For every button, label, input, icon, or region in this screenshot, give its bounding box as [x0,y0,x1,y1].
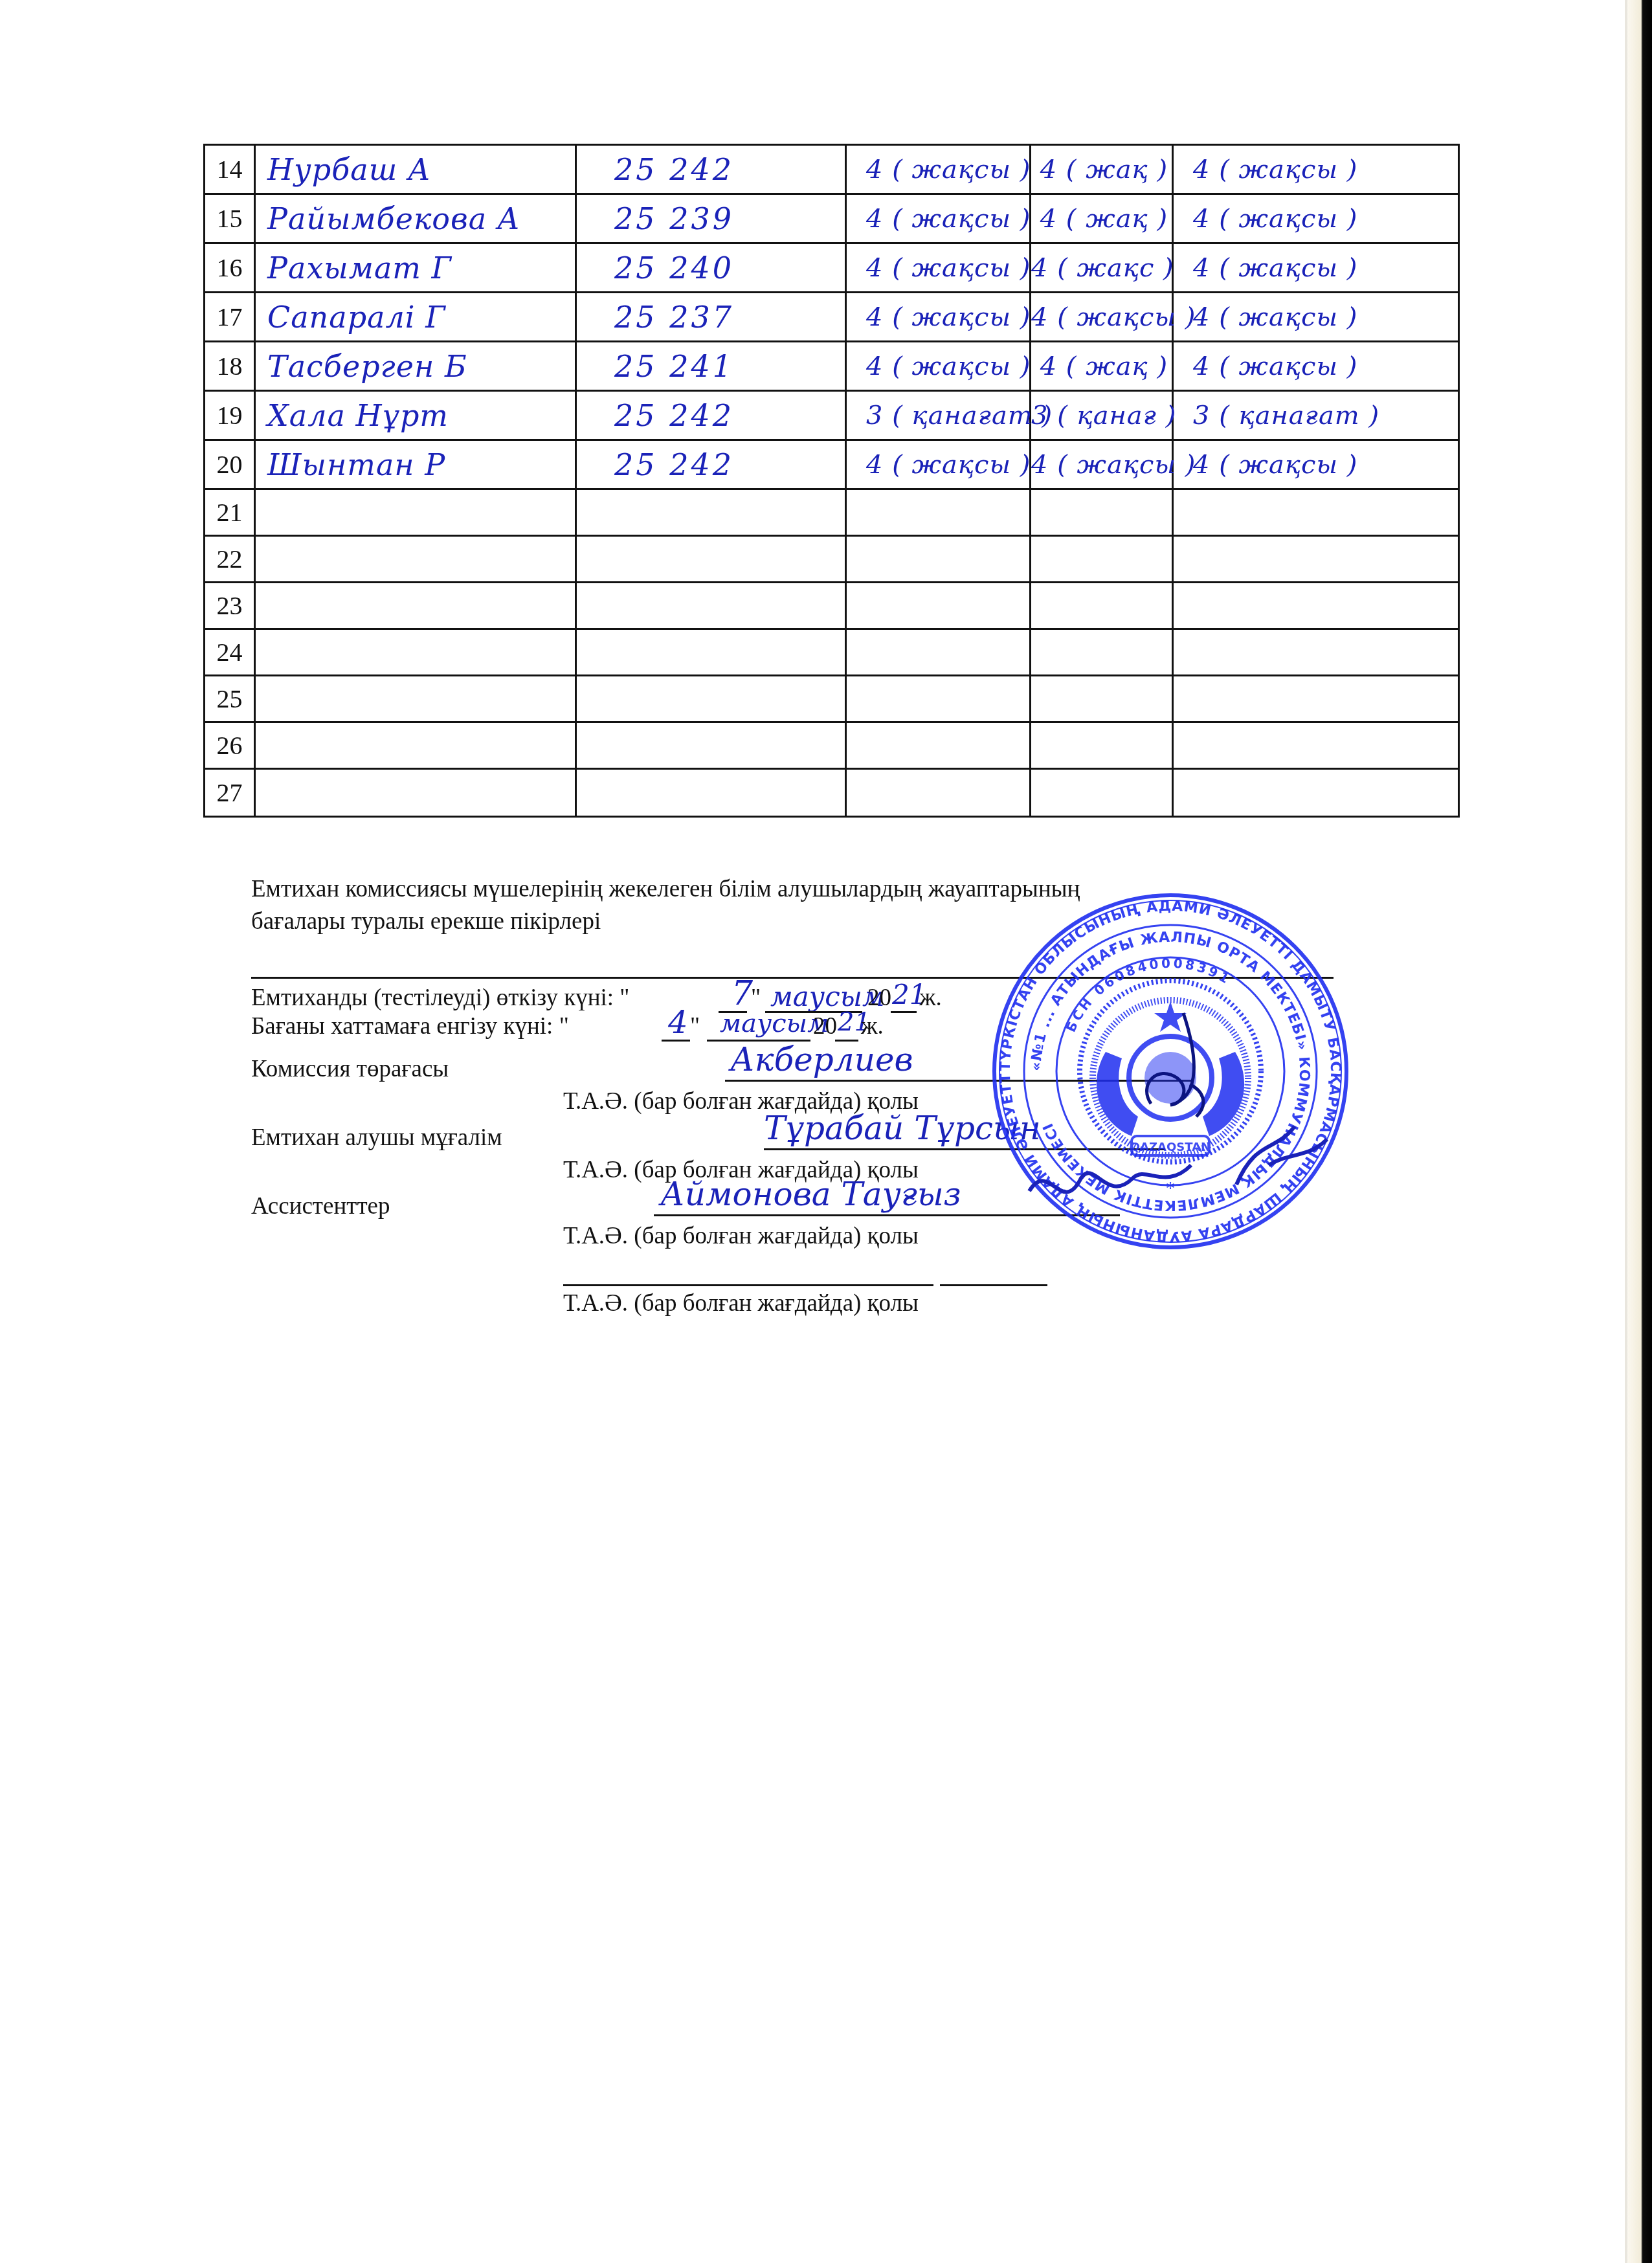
grade-1: 3 ( қанағат ) [846,391,1031,440]
exam-date-year-prefix: 20 [867,984,891,1012]
grade-3: 3 ( қанағат ) [1173,391,1459,440]
grade-3 [1173,536,1459,583]
grade-2 [1031,489,1173,536]
grade-3 [1173,489,1459,536]
grades-table: 14Нурбаш А25 2424 ( жақсы )4 ( жақ )4 ( … [203,144,1460,818]
row-number: 17 [205,293,255,342]
grade-3 [1173,722,1459,769]
chair-signature: Акберлиев [730,1041,913,1078]
row-number: 19 [205,391,255,440]
student-name: Нурбаш А [255,145,576,194]
student-code: 25 242 [576,145,846,194]
row-number: 20 [205,440,255,489]
grade-3 [1173,676,1459,722]
row-number: 25 [205,676,255,722]
grade-3: 4 ( жақсы ) [1173,194,1459,243]
student-code: 25 237 [576,293,846,342]
grade-1: 4 ( жақсы ) [846,342,1031,391]
table-row: 20Шынтан Р25 2424 ( жақсы )4 ( жақсы )4 … [205,440,1459,489]
grade-1: 4 ( жақсы ) [846,194,1031,243]
table-row: 17Сапаралі Г25 2374 ( жақсы )4 ( жақсы )… [205,293,1459,342]
student-code: 25 239 [576,194,846,243]
entry-day-line [662,1040,690,1042]
grade-2 [1031,769,1173,817]
student-code [576,583,846,629]
row-number: 16 [205,243,255,293]
chair-label: Комиссия төрағасы [251,1055,449,1083]
exam-year-line [891,1011,917,1013]
table-row: 15Райымбекова А25 2394 ( жақсы )4 ( жақ … [205,194,1459,243]
table-row: 21 [205,489,1459,536]
row-number: 26 [205,722,255,769]
row-number: 27 [205,769,255,817]
student-name [255,769,576,817]
entry-date-label: Бағаны хаттамаға енгізу күні: " [251,1012,569,1040]
grade-1 [846,722,1031,769]
grade-1: 4 ( жақсы ) [846,440,1031,489]
table-row: 16Рахымат Г25 2404 ( жақсы )4 ( жақс )4 … [205,243,1459,293]
student-name [255,489,576,536]
grade-1 [846,676,1031,722]
grade-2 [1031,583,1173,629]
grade-2 [1031,536,1173,583]
table-row: 19Хала Нұрт25 2423 ( қанағат )3 ( қанағ … [205,391,1459,440]
row-number: 14 [205,145,255,194]
row-number: 15 [205,194,255,243]
student-code: 25 242 [576,391,846,440]
student-name [255,536,576,583]
teacher-label: Емтихан алушы мұғалім [251,1124,502,1152]
grade-3: 4 ( жақсы ) [1173,440,1459,489]
grade-1: 4 ( жақсы ) [846,293,1031,342]
table-row: 24 [205,629,1459,676]
table-row: 23 [205,583,1459,629]
grade-2: 4 ( жақ ) [1031,342,1173,391]
grade-2 [1031,676,1173,722]
row-number: 18 [205,342,255,391]
grade-2: 4 ( жақ ) [1031,194,1173,243]
grade-3: 4 ( жақсы ) [1173,342,1459,391]
exam-date-day: 7 [731,974,753,1013]
grade-2: 4 ( жақсы ) [1031,440,1173,489]
student-code: 25 240 [576,243,846,293]
entry-date-y: ж. [861,1012,884,1040]
opinions-label-line2: бағалары туралы ерекше пікірлері [251,908,601,935]
entry-date-day: 4 [668,1005,688,1041]
grade-2 [1031,629,1173,676]
grade-3: 4 ( жақсы ) [1173,145,1459,194]
student-name [255,629,576,676]
student-name: Сапаралі Г [255,293,576,342]
exam-date-label: Емтиханды (тестілеуді) өткізу күні: " [251,984,629,1012]
student-name: Хала Нұрт [255,391,576,440]
assistant-caption: Т.А.Ә. (бар болған жағдайда) қолы [563,1222,919,1250]
assistants-label: Ассистенттер [251,1192,390,1220]
opinions-label-line1: Емтихан комиссиясы мүшелерінің жекелеген… [251,875,1080,903]
student-code [576,629,846,676]
grade-2: 3 ( қанағ ) [1031,391,1173,440]
grade-3 [1173,629,1459,676]
exam-date-y: ж. [919,984,942,1012]
grade-3 [1173,583,1459,629]
grade-1: 4 ( жақсы ) [846,243,1031,293]
entry-date-quote: " [690,1012,700,1040]
grade-1 [846,769,1031,817]
grade-1 [846,583,1031,629]
grade-2: 4 ( жақ ) [1031,145,1173,194]
scan-edge-shadow [1627,0,1652,2263]
student-code [576,676,846,722]
grade-3: 4 ( жақсы ) [1173,243,1459,293]
table-row: 14Нурбаш А25 2424 ( жақсы )4 ( жақ )4 ( … [205,145,1459,194]
exam-date-quote: " [751,984,761,1012]
assistant2-caption: Т.А.Ә. (бар болған жағдайда) қолы [563,1289,919,1317]
student-name: Шынтан Р [255,440,576,489]
row-number: 21 [205,489,255,536]
student-name [255,722,576,769]
student-code: 25 242 [576,440,846,489]
row-number: 22 [205,536,255,583]
grade-1 [846,536,1031,583]
assistant2-name-line [563,1284,933,1286]
student-name: Тасберген Б [255,342,576,391]
student-name [255,583,576,629]
assistant-signature: Аймонова Тауғыз [660,1176,961,1213]
grade-1: 4 ( жақсы ) [846,145,1031,194]
student-name [255,676,576,722]
assistant2-sign-line [940,1284,1047,1286]
grade-2 [1031,722,1173,769]
grade-3: 4 ( жақсы ) [1173,293,1459,342]
grade-3 [1173,769,1459,817]
grade-2: 4 ( жақсы ) [1031,293,1173,342]
student-code [576,722,846,769]
table-row: 22 [205,536,1459,583]
row-number: 24 [205,629,255,676]
student-code [576,769,846,817]
table-row: 26 [205,722,1459,769]
grade-2: 4 ( жақс ) [1031,243,1173,293]
grade-1 [846,629,1031,676]
student-name: Рахымат Г [255,243,576,293]
table-row: 25 [205,676,1459,722]
table-row: 27 [205,769,1459,817]
grade-1 [846,489,1031,536]
row-number: 23 [205,583,255,629]
student-code [576,536,846,583]
teacher-signature-flourish [1023,1113,1334,1243]
table-row: 18Тасберген Б25 2414 ( жақсы )4 ( жақ )4… [205,342,1459,391]
student-name: Райымбекова А [255,194,576,243]
entry-date-year-prefix: 20 [813,1012,837,1040]
student-code: 25 241 [576,342,846,391]
student-code [576,489,846,536]
